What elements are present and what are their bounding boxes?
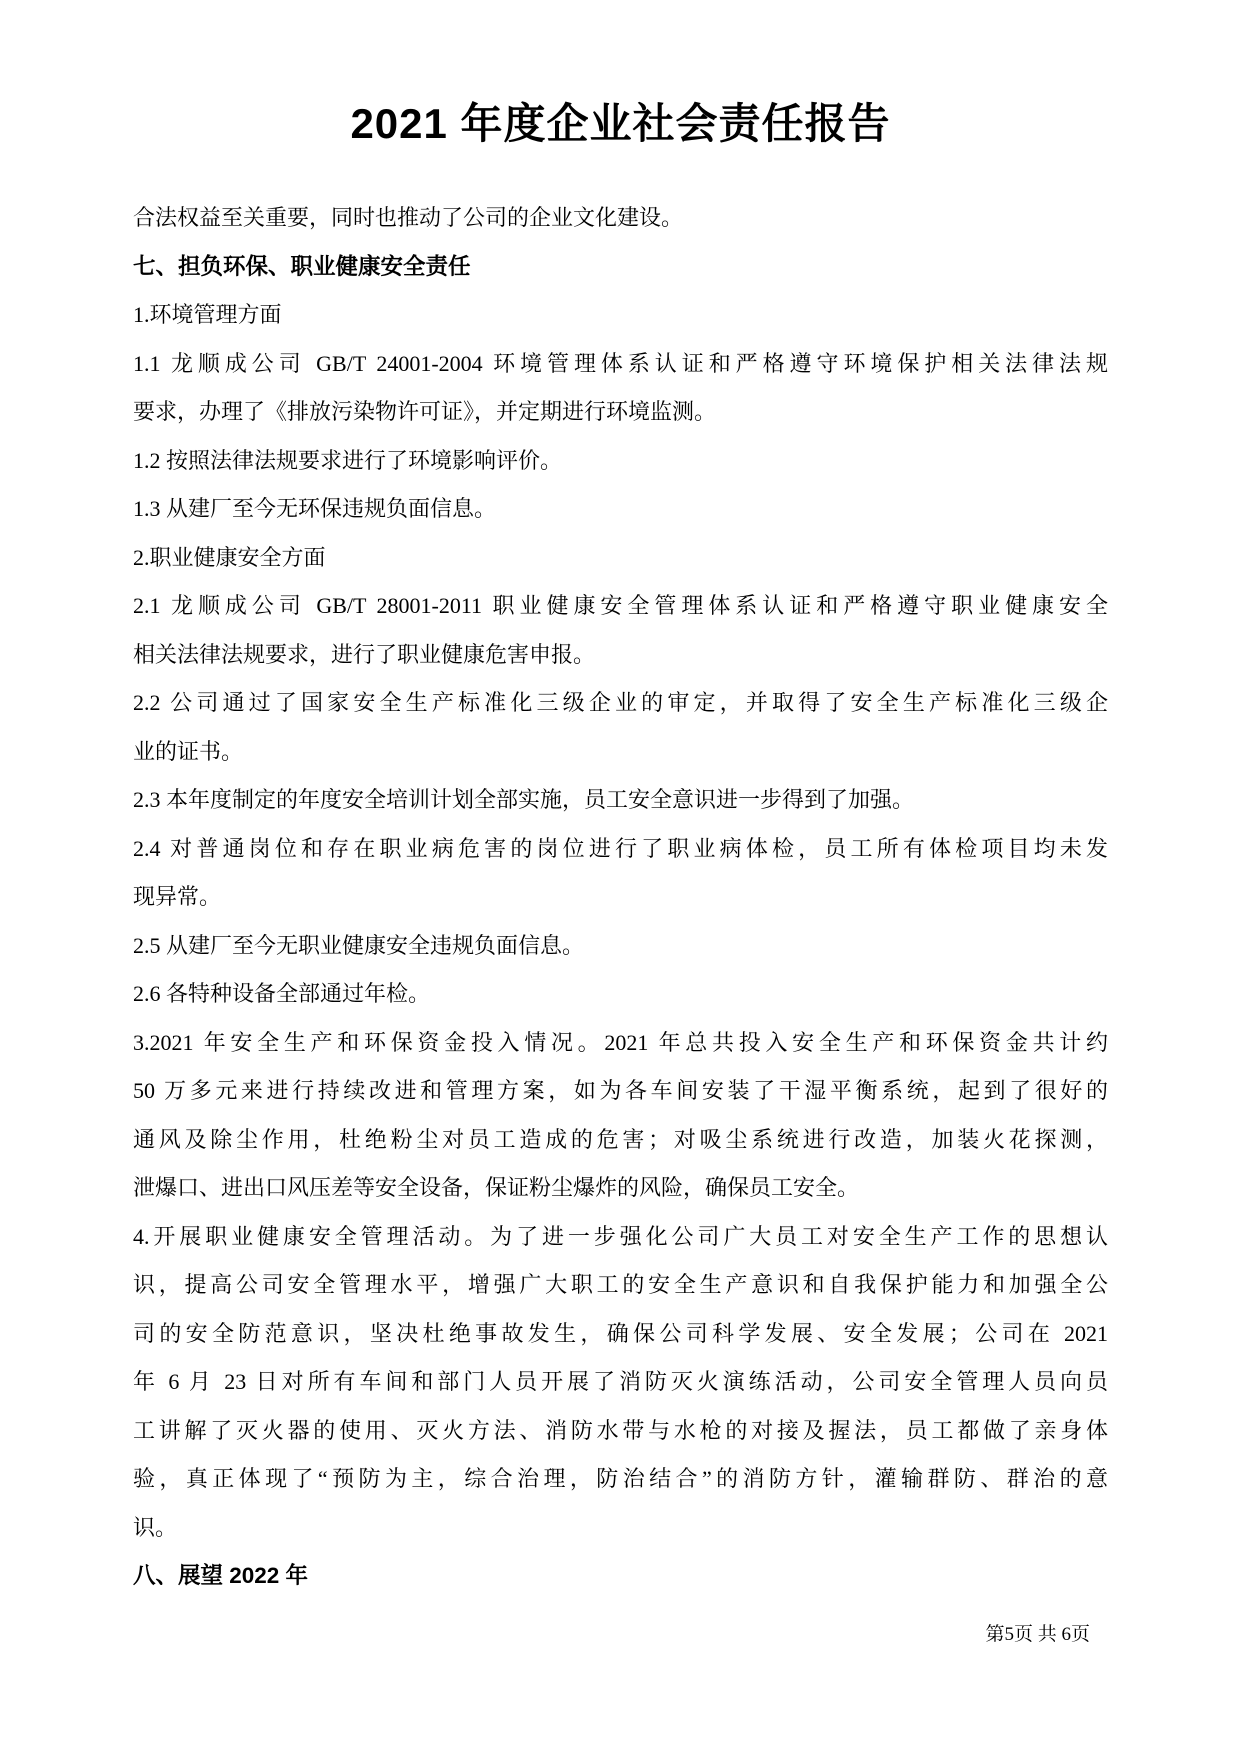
text-line: 1.3 从建厂至今无环保违规负面信息。 [133, 485, 1108, 534]
text-line: 1.1 龙顺成公司 GB/T 24001-2004 环境管理体系认证和严格遵守环… [133, 340, 1108, 389]
text-line: 工讲解了灭火器的使用、灭火方法、消防水带与水枪的对接及握法，员工都做了亲身体 [133, 1407, 1108, 1456]
text-line: 1.环境管理方面 [133, 291, 1108, 340]
document-page: 2021 年度企业社会责任报告 合法权益至关重要，同时也推动了公司的企业文化建设… [0, 0, 1241, 1754]
text-line: 相关法律法规要求，进行了职业健康危害申报。 [133, 631, 1108, 680]
text-line: 业的证书。 [133, 728, 1108, 777]
text-line: 合法权益至关重要，同时也推动了公司的企业文化建设。 [133, 194, 1108, 243]
text-line: 4.开展职业健康安全管理活动。为了进一步强化公司广大员工对安全生产工作的思想认 [133, 1213, 1108, 1262]
text-line: 识。 [133, 1504, 1108, 1553]
document-body: 合法权益至关重要，同时也推动了公司的企业文化建设。七、担负环保、职业健康安全责任… [133, 194, 1108, 1601]
text-line: 要求，办理了《排放污染物许可证》，并定期进行环境监测。 [133, 388, 1108, 437]
text-line: 泄爆口、进出口风压差等安全设备，保证粉尘爆炸的风险，确保员工安全。 [133, 1164, 1108, 1213]
text-line: 识，提高公司安全管理水平，增强广大职工的安全生产意识和自我保护能力和加强全公 [133, 1261, 1108, 1310]
text-line: 现异常。 [133, 873, 1108, 922]
page-footer: 第5页 共 6页 [133, 1622, 1108, 1648]
text-line: 2.1 龙顺成公司 GB/T 28001-2011 职业健康安全管理体系认证和严… [133, 582, 1108, 631]
text-line: 2.2 公司通过了国家安全生产标准化三级企业的审定，并取得了安全生产标准化三级企 [133, 679, 1108, 728]
text-line: 验，真正体现了“预防为主，综合治理，防治结合”的消防方针，灌输群防、群治的意 [133, 1455, 1108, 1504]
text-line: 2.6 各特种设备全部通过年检。 [133, 970, 1108, 1019]
text-line: 2.4 对普通岗位和存在职业病危害的岗位进行了职业病体检，员工所有体检项目均未发 [133, 825, 1108, 874]
text-line: 2.3 本年度制定的年度安全培训计划全部实施，员工安全意识进一步得到了加强。 [133, 776, 1108, 825]
text-line: 司的安全防范意识，坚决杜绝事故发生，确保公司科学发展、安全发展；公司在 2021 [133, 1310, 1108, 1359]
section-heading: 七、担负环保、职业健康安全责任 [133, 243, 1108, 292]
page-title: 2021 年度企业社会责任报告 [0, 98, 1241, 150]
section-heading: 八、展望 2022 年 [133, 1552, 1108, 1601]
text-line: 通风及除尘作用，杜绝粉尘对员工造成的危害；对吸尘系统进行改造，加装火花探测， [133, 1116, 1108, 1165]
text-line: 年 6 月 23 日对所有车间和部门人员开展了消防灭火演练活动，公司安全管理人员… [133, 1358, 1108, 1407]
page-number-indicator: 第5页 共 6页 [985, 1622, 1090, 1648]
text-line: 3.2021 年安全生产和环保资金投入情况。2021 年总共投入安全生产和环保资… [133, 1019, 1108, 1068]
text-line: 2.职业健康安全方面 [133, 534, 1108, 583]
text-line: 2.5 从建厂至今无职业健康安全违规负面信息。 [133, 922, 1108, 971]
text-line: 50 万多元来进行持续改进和管理方案，如为各车间安装了干湿平衡系统，起到了很好的 [133, 1067, 1108, 1116]
text-line: 1.2 按照法律法规要求进行了环境影响评价。 [133, 437, 1108, 486]
